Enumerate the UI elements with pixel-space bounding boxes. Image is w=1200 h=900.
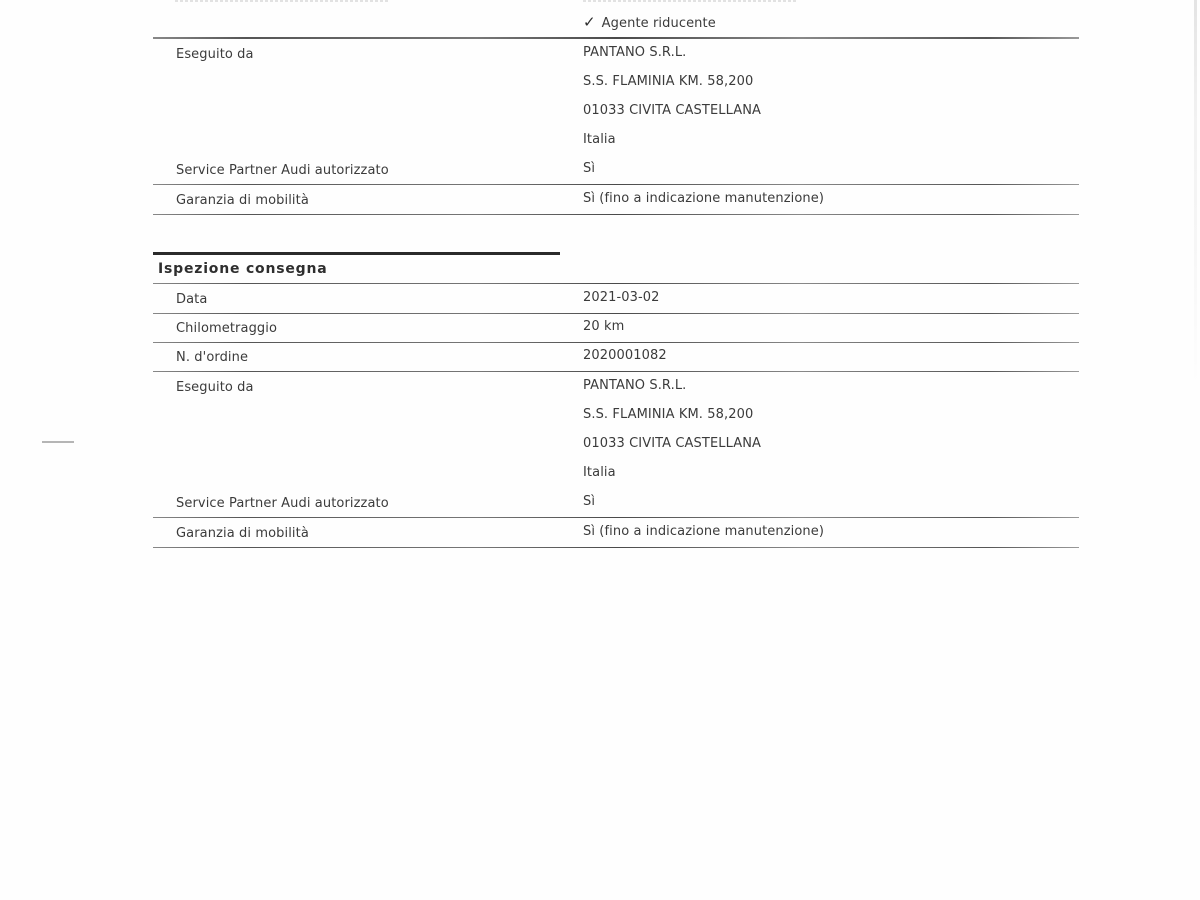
- service-partner-value: Sì: [583, 161, 595, 177]
- row-divider: [153, 283, 1079, 284]
- field-label-performed-by: Eseguito da: [176, 380, 254, 396]
- check-icon: ✓: [583, 14, 596, 30]
- service-partner-value: Sì: [583, 494, 595, 510]
- performed-by-company: PANTANO S.R.L.: [583, 45, 686, 61]
- field-label-service-partner: Service Partner Audi autorizzato: [176, 163, 389, 179]
- row-divider: [153, 37, 1079, 39]
- mobility-guarantee-value: Sì (fino a indicazione manutenzione): [583, 524, 824, 540]
- performed-by-country: Italia: [583, 132, 616, 148]
- performed-by-city: 01033 CIVITA CASTELLANA: [583, 436, 761, 452]
- field-label-performed-by: Eseguito da: [176, 47, 254, 63]
- row-divider: [153, 313, 1079, 314]
- performed-by-company: PANTANO S.R.L.: [583, 378, 686, 394]
- field-label-mobility-guarantee: Garanzia di mobilità: [176, 193, 309, 209]
- row-divider: [153, 371, 1079, 372]
- field-label-order-number: N. d'ordine: [176, 350, 248, 366]
- row-divider: [153, 547, 1079, 548]
- cut-off-text-left: [175, 0, 390, 2]
- performed-by-city: 01033 CIVITA CASTELLANA: [583, 103, 761, 119]
- mileage-value: 20 km: [583, 319, 624, 335]
- performed-by-address: S.S. FLAMINIA KM. 58,200: [583, 407, 753, 423]
- checked-item-label: Agente riducente: [602, 16, 716, 31]
- row-divider: [153, 214, 1079, 215]
- row-divider: [153, 517, 1079, 518]
- row-divider: [153, 184, 1079, 185]
- order-number-value: 2020001082: [583, 348, 667, 364]
- row-divider: [153, 342, 1079, 343]
- cut-off-text-right: [583, 0, 798, 2]
- performed-by-country: Italia: [583, 465, 616, 481]
- section-title-delivery-inspection: Ispezione consegna: [158, 261, 328, 277]
- mobility-guarantee-value: Sì (fino a indicazione manutenzione): [583, 191, 824, 207]
- section-bar: [153, 252, 560, 255]
- date-value: 2021-03-02: [583, 290, 660, 306]
- scan-mark: [42, 441, 74, 443]
- scan-edge-artifact: [1194, 0, 1197, 390]
- scanned-document-page: ✓Agente riducente Eseguito da PANTANO S.…: [0, 0, 1200, 900]
- checked-item: ✓Agente riducente: [583, 14, 716, 32]
- field-label-service-partner: Service Partner Audi autorizzato: [176, 496, 389, 512]
- field-label-mobility-guarantee: Garanzia di mobilità: [176, 526, 309, 542]
- field-label-date: Data: [176, 292, 207, 308]
- performed-by-address: S.S. FLAMINIA KM. 58,200: [583, 74, 753, 90]
- field-label-mileage: Chilometraggio: [176, 321, 277, 337]
